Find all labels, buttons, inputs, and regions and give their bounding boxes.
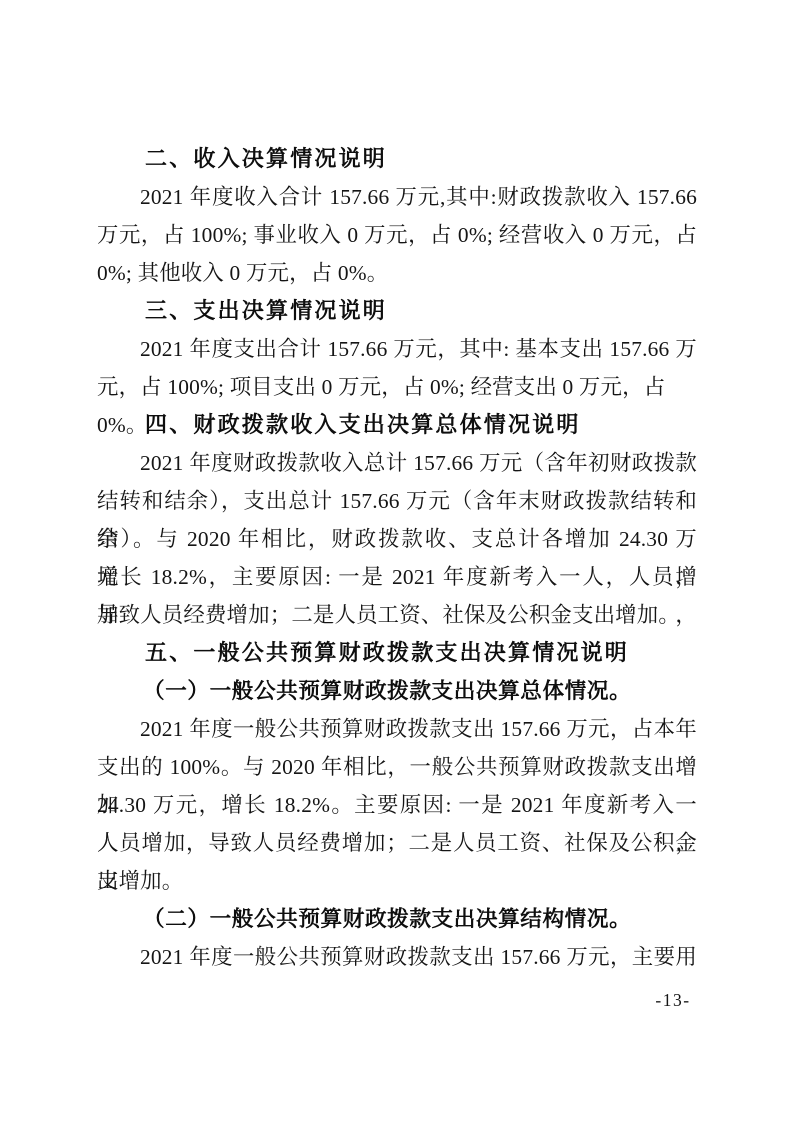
paragraph-line: 24.30 万元，增长 18.2%。主要原因: 一是 2021 年度新考入一人， <box>97 786 697 824</box>
paragraph-line: 万元，占 100%; 事业收入 0 万元，占 0%; 经营收入 0 万元，占 <box>97 216 697 254</box>
paragraph-line: 2021 年度支出合计 157.66 万元，其中: 基本支出 157.66 万 <box>97 330 697 368</box>
paragraph-line: 导致人员经费增加；二是人员工资、社保及公积金支出增加。 <box>97 596 697 634</box>
paragraph-line: 2021 年度收入合计 157.66 万元,其中:财政拨款收入 157.66 <box>97 178 697 216</box>
heading-line: （一）一般公共预算财政拨款支出决算总体情况。 <box>97 672 697 710</box>
heading-line: 二、收入决算情况说明 <box>97 140 697 178</box>
paragraph-line: 增长 18.2%，主要原因: 一是 2021 年度新考入一人，人员增加， <box>97 558 697 596</box>
page-number: -13- <box>630 988 716 1012</box>
paragraph-line: 2021 年度财政拨款收入总计 157.66 万元（含年初财政拨款 <box>97 444 697 482</box>
paragraph-line: 出增加。 <box>97 862 697 900</box>
paragraph-line: 结转和结余），支出总计 157.66 万元（含年末财政拨款结转和结 <box>97 482 697 520</box>
heading-line: 五、一般公共预算财政拨款支出决算情况说明 <box>97 634 697 672</box>
paragraph-line: 0%; 其他收入 0 万元，占 0%。 <box>97 254 697 292</box>
paragraph-line: 余）。与 2020 年相比，财政拨款收、支总计各增加 24.30 万元， <box>97 520 697 558</box>
paragraph-line: 支出的 100%。与 2020 年相比，一般公共预算财政拨款支出增加 <box>97 748 697 786</box>
heading-line: 三、支出决算情况说明 <box>97 292 697 330</box>
paragraph-line: 元，占 100%; 项目支出 0 万元，占 0%; 经营支出 0 万元，占 0%… <box>97 368 697 406</box>
paragraph-line: 2021 年度一般公共预算财政拨款支出 157.66 万元，占本年 <box>97 710 697 748</box>
heading-line: 四、财政拨款收入支出决算总体情况说明 <box>97 406 697 444</box>
heading-line: （二）一般公共预算财政拨款支出决算结构情况。 <box>97 900 697 938</box>
paragraph-line: 2021 年度一般公共预算财政拨款支出 157.66 万元，主要用 <box>97 938 697 976</box>
document-body: 二、收入决算情况说明2021 年度收入合计 157.66 万元,其中:财政拨款收… <box>97 140 697 976</box>
paragraph-line: 人员增加，导致人员经费增加；二是人员工资、社保及公积金支 <box>97 824 697 862</box>
document-page: 二、收入决算情况说明2021 年度收入合计 157.66 万元,其中:财政拨款收… <box>0 0 793 1122</box>
